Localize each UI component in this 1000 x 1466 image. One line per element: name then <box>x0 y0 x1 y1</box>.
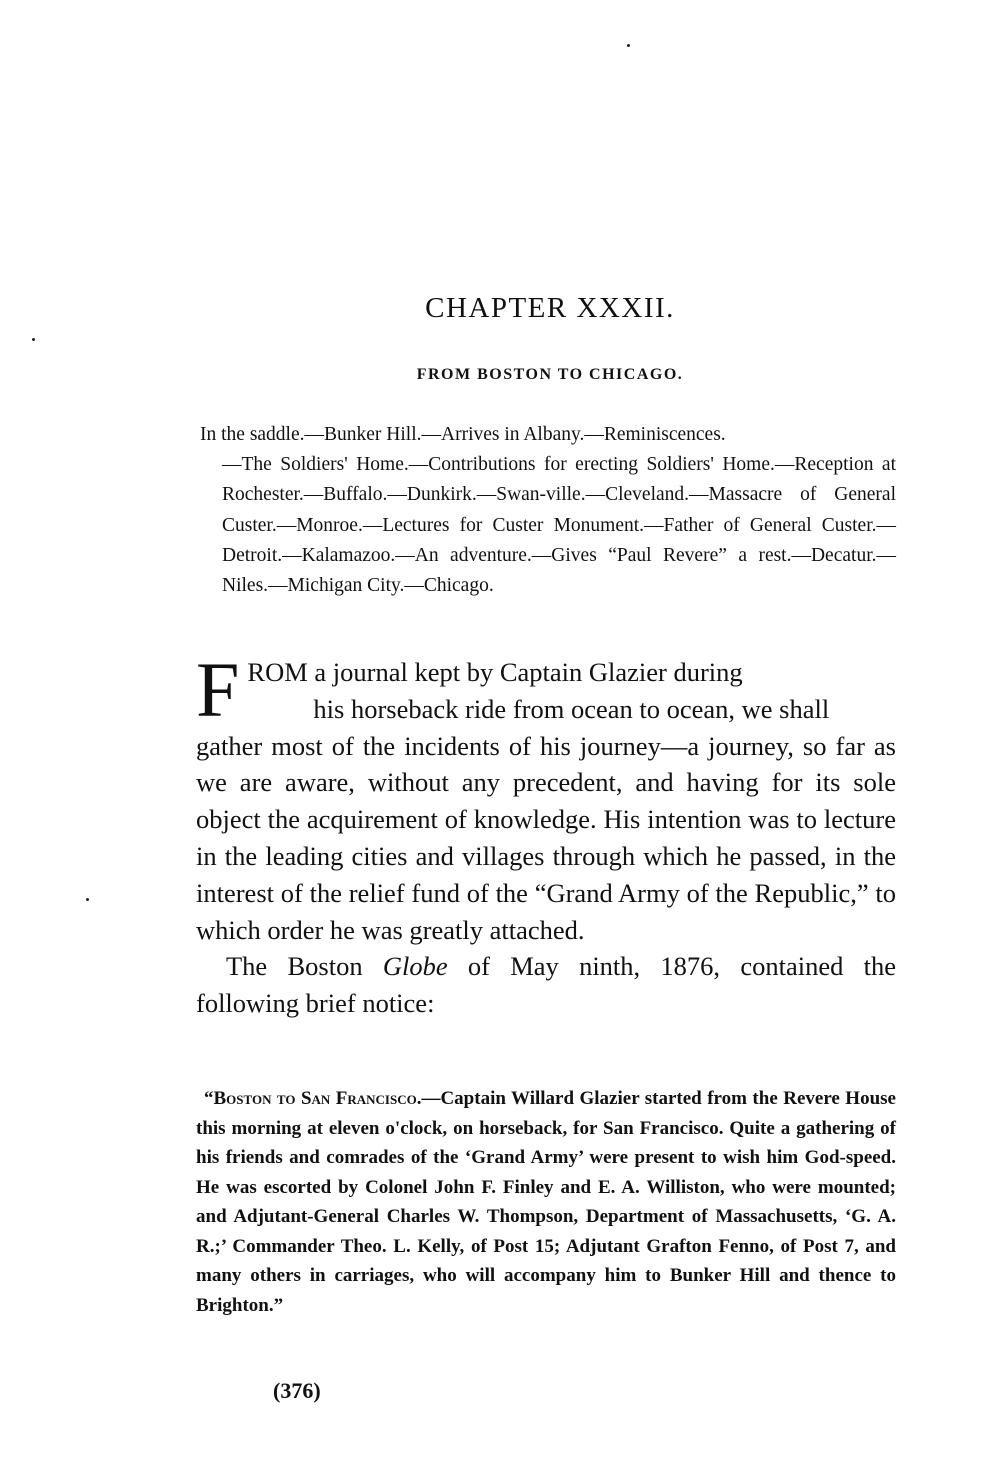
newspaper-quote: “Boston to San Francisco.—Captain Willar… <box>196 1084 896 1320</box>
quote-open-mark: “ <box>196 1088 214 1109</box>
scan-speck <box>32 338 35 341</box>
scan-speck <box>86 898 89 901</box>
paragraph-2: The Boston Globe of May ninth, 1876, con… <box>196 948 896 1022</box>
paragraph-2-start: The Boston <box>226 951 383 981</box>
paragraph-1-rest: gather most of the incidents of his jour… <box>196 731 896 945</box>
chapter-title: CHAPTER XXXII. <box>0 292 1000 325</box>
drop-cap: F <box>196 658 239 722</box>
paragraph-1: F ROM a journal kept by Captain Glazier … <box>196 654 896 948</box>
paragraph-1-line-1: ROM a journal kept by Captain Glazier du… <box>247 657 742 687</box>
page-number: (376) <box>273 1378 321 1404</box>
scan-speck <box>627 44 630 47</box>
synopsis-rest: —The Soldiers' Home.—Contributions for e… <box>200 450 896 601</box>
quote-heading: Boston to San Francisco. <box>214 1088 422 1109</box>
chapter-synopsis: In the saddle.—Bunker Hill.—Arrives in A… <box>200 420 896 601</box>
quote-text: —Captain Willard Glazier started from th… <box>196 1088 896 1316</box>
synopsis-first-line: In the saddle.—Bunker Hill.—Arrives in A… <box>200 420 896 450</box>
body-text: F ROM a journal kept by Captain Glazier … <box>196 654 896 1022</box>
paragraph-1-line-2: his horseback ride from ocean to ocean, … <box>247 691 829 728</box>
newspaper-name: Globe <box>383 951 448 981</box>
chapter-subtitle: FROM BOSTON TO CHICAGO. <box>0 366 1000 384</box>
